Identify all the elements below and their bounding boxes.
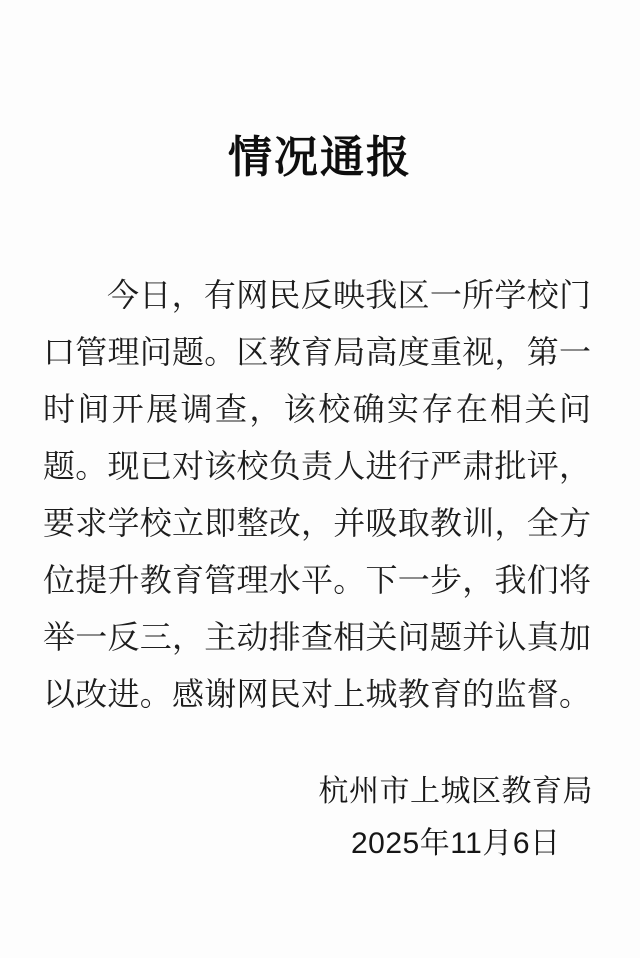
body-line: 题。现已对该校负责人进行严肃批评， — [43, 438, 591, 495]
body-line: 时间开展调查，该校确实存在相关问 — [43, 381, 591, 438]
body-line: 举一反三，主动排查相关问题并认真加 — [43, 609, 591, 666]
body-line: 口管理问题。区教育局高度重视，第一 — [43, 324, 591, 381]
notice-title: 情况通报 — [0, 126, 640, 190]
body-line: 今日，有网民反映我区一所学校门 — [43, 267, 591, 324]
notice-body: 今日，有网民反映我区一所学校门 口管理问题。区教育局高度重视，第一 时间开展调查… — [0, 267, 640, 723]
signature-block: 杭州市上城区教育局 2025年11月6日 — [319, 766, 594, 870]
notice-page: 情况通报 今日，有网民反映我区一所学校门 口管理问题。区教育局高度重视，第一 时… — [0, 0, 640, 958]
signature-area: 杭州市上城区教育局 2025年11月6日 — [0, 766, 640, 870]
body-line: 位提升教育管理水平。下一步，我们将 — [43, 552, 591, 609]
body-line: 以改进。感谢网民对上城教育的监督。 — [43, 666, 591, 723]
signature-date: 2025年11月6日 — [319, 818, 594, 870]
body-line: 要求学校立即整改，并吸取教训，全方 — [43, 495, 591, 552]
signature-issuer: 杭州市上城区教育局 — [319, 766, 594, 818]
